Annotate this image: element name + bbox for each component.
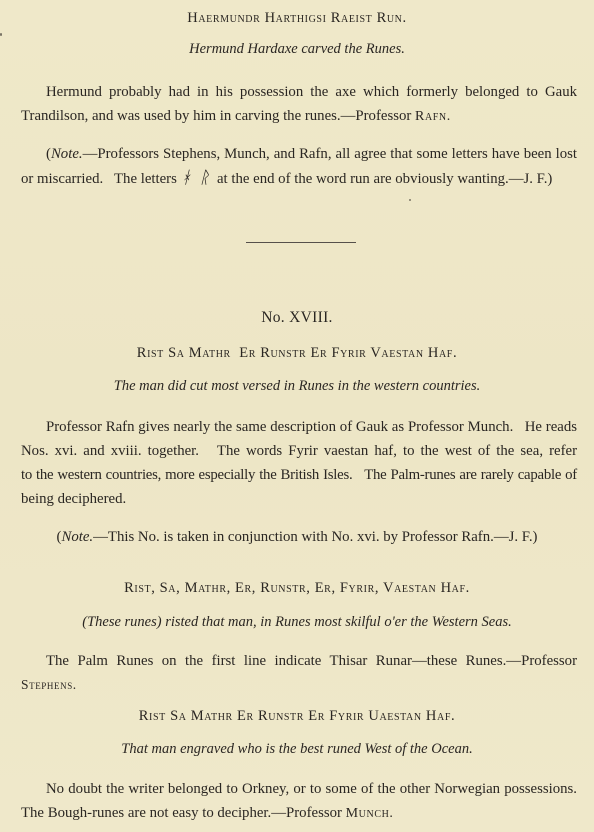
section-number-heading: No. XVIII. [0,309,594,327]
author-name: Rafn. [415,109,451,124]
paragraph-line: being deciphered. [21,487,577,511]
document-page: Haermundr Harthigsi Raeist Run. Hermund … [0,0,594,832]
author-name: Munch. [346,806,394,821]
editor-note: (Note.—This No. is taken in conjunction … [0,525,594,549]
commentary-paragraph: Hermund probably had in his possession t… [21,80,577,129]
stephens-commentary: The Palm Runes on the first line indicat… [21,649,577,697]
paragraph-line: The Bough-runes are not easy to decipher… [21,801,577,826]
munch-translation: That man engraved who is the best runed … [0,741,594,758]
paper-speck [0,33,2,36]
runic-inscription-title: Rist Sa Mathr Er Runstr Er Fyrir Vaestan… [0,345,594,362]
inscription-translation: Hermund Hardaxe carved the Runes. [0,41,594,58]
paragraph-line: to the western countries, more especiall… [21,463,577,487]
note-line: or miscarried. The lettersᚼᚱ at the end … [21,166,577,191]
section-divider [246,242,356,243]
paragraph-line: No doubt the writer belonged to Orkney, … [21,777,577,801]
author-name: Stephens. [21,673,577,697]
munch-commentary: No doubt the writer belonged to Orkney, … [21,777,577,826]
paragraph-line: The Palm Runes on the first line indicat… [21,649,577,673]
runic-inscription-title: Haermundr Harthigsi Raeist Run. [0,10,594,27]
stephens-runic-reading: Rist, Sa, Mathr, Er, Runstr, Er, Fyrir, … [0,580,594,597]
rune-glyph-icon: ᚼ [181,166,191,190]
editor-note: (Note.—Professors Stephens, Munch, and R… [21,142,577,191]
rune-glyph-icon: ᚱ [199,166,209,190]
paragraph-line: Nos. xvi. and xviii. together. The words… [21,439,577,463]
note-label: Note. [51,146,83,162]
note-line: (Note.—Professors Stephens, Munch, and R… [21,142,577,166]
munch-runic-reading: Rist Sa Mathr Er Runstr Er Fyrir Uaestan… [0,708,594,725]
stephens-translation: (These runes) risted that man, in Runes … [0,614,594,631]
commentary-paragraph: Professor Rafn gives nearly the same des… [21,415,577,511]
note-label: Note. [61,529,93,545]
paper-speck [409,199,411,201]
paragraph-line: Trandilson, and was used by him in carvi… [21,104,577,129]
paragraph-line: Hermund probably had in his possession t… [21,80,577,104]
inscription-translation: The man did cut most versed in Runes in … [0,378,594,395]
paragraph-line: Professor Rafn gives nearly the same des… [21,415,577,439]
